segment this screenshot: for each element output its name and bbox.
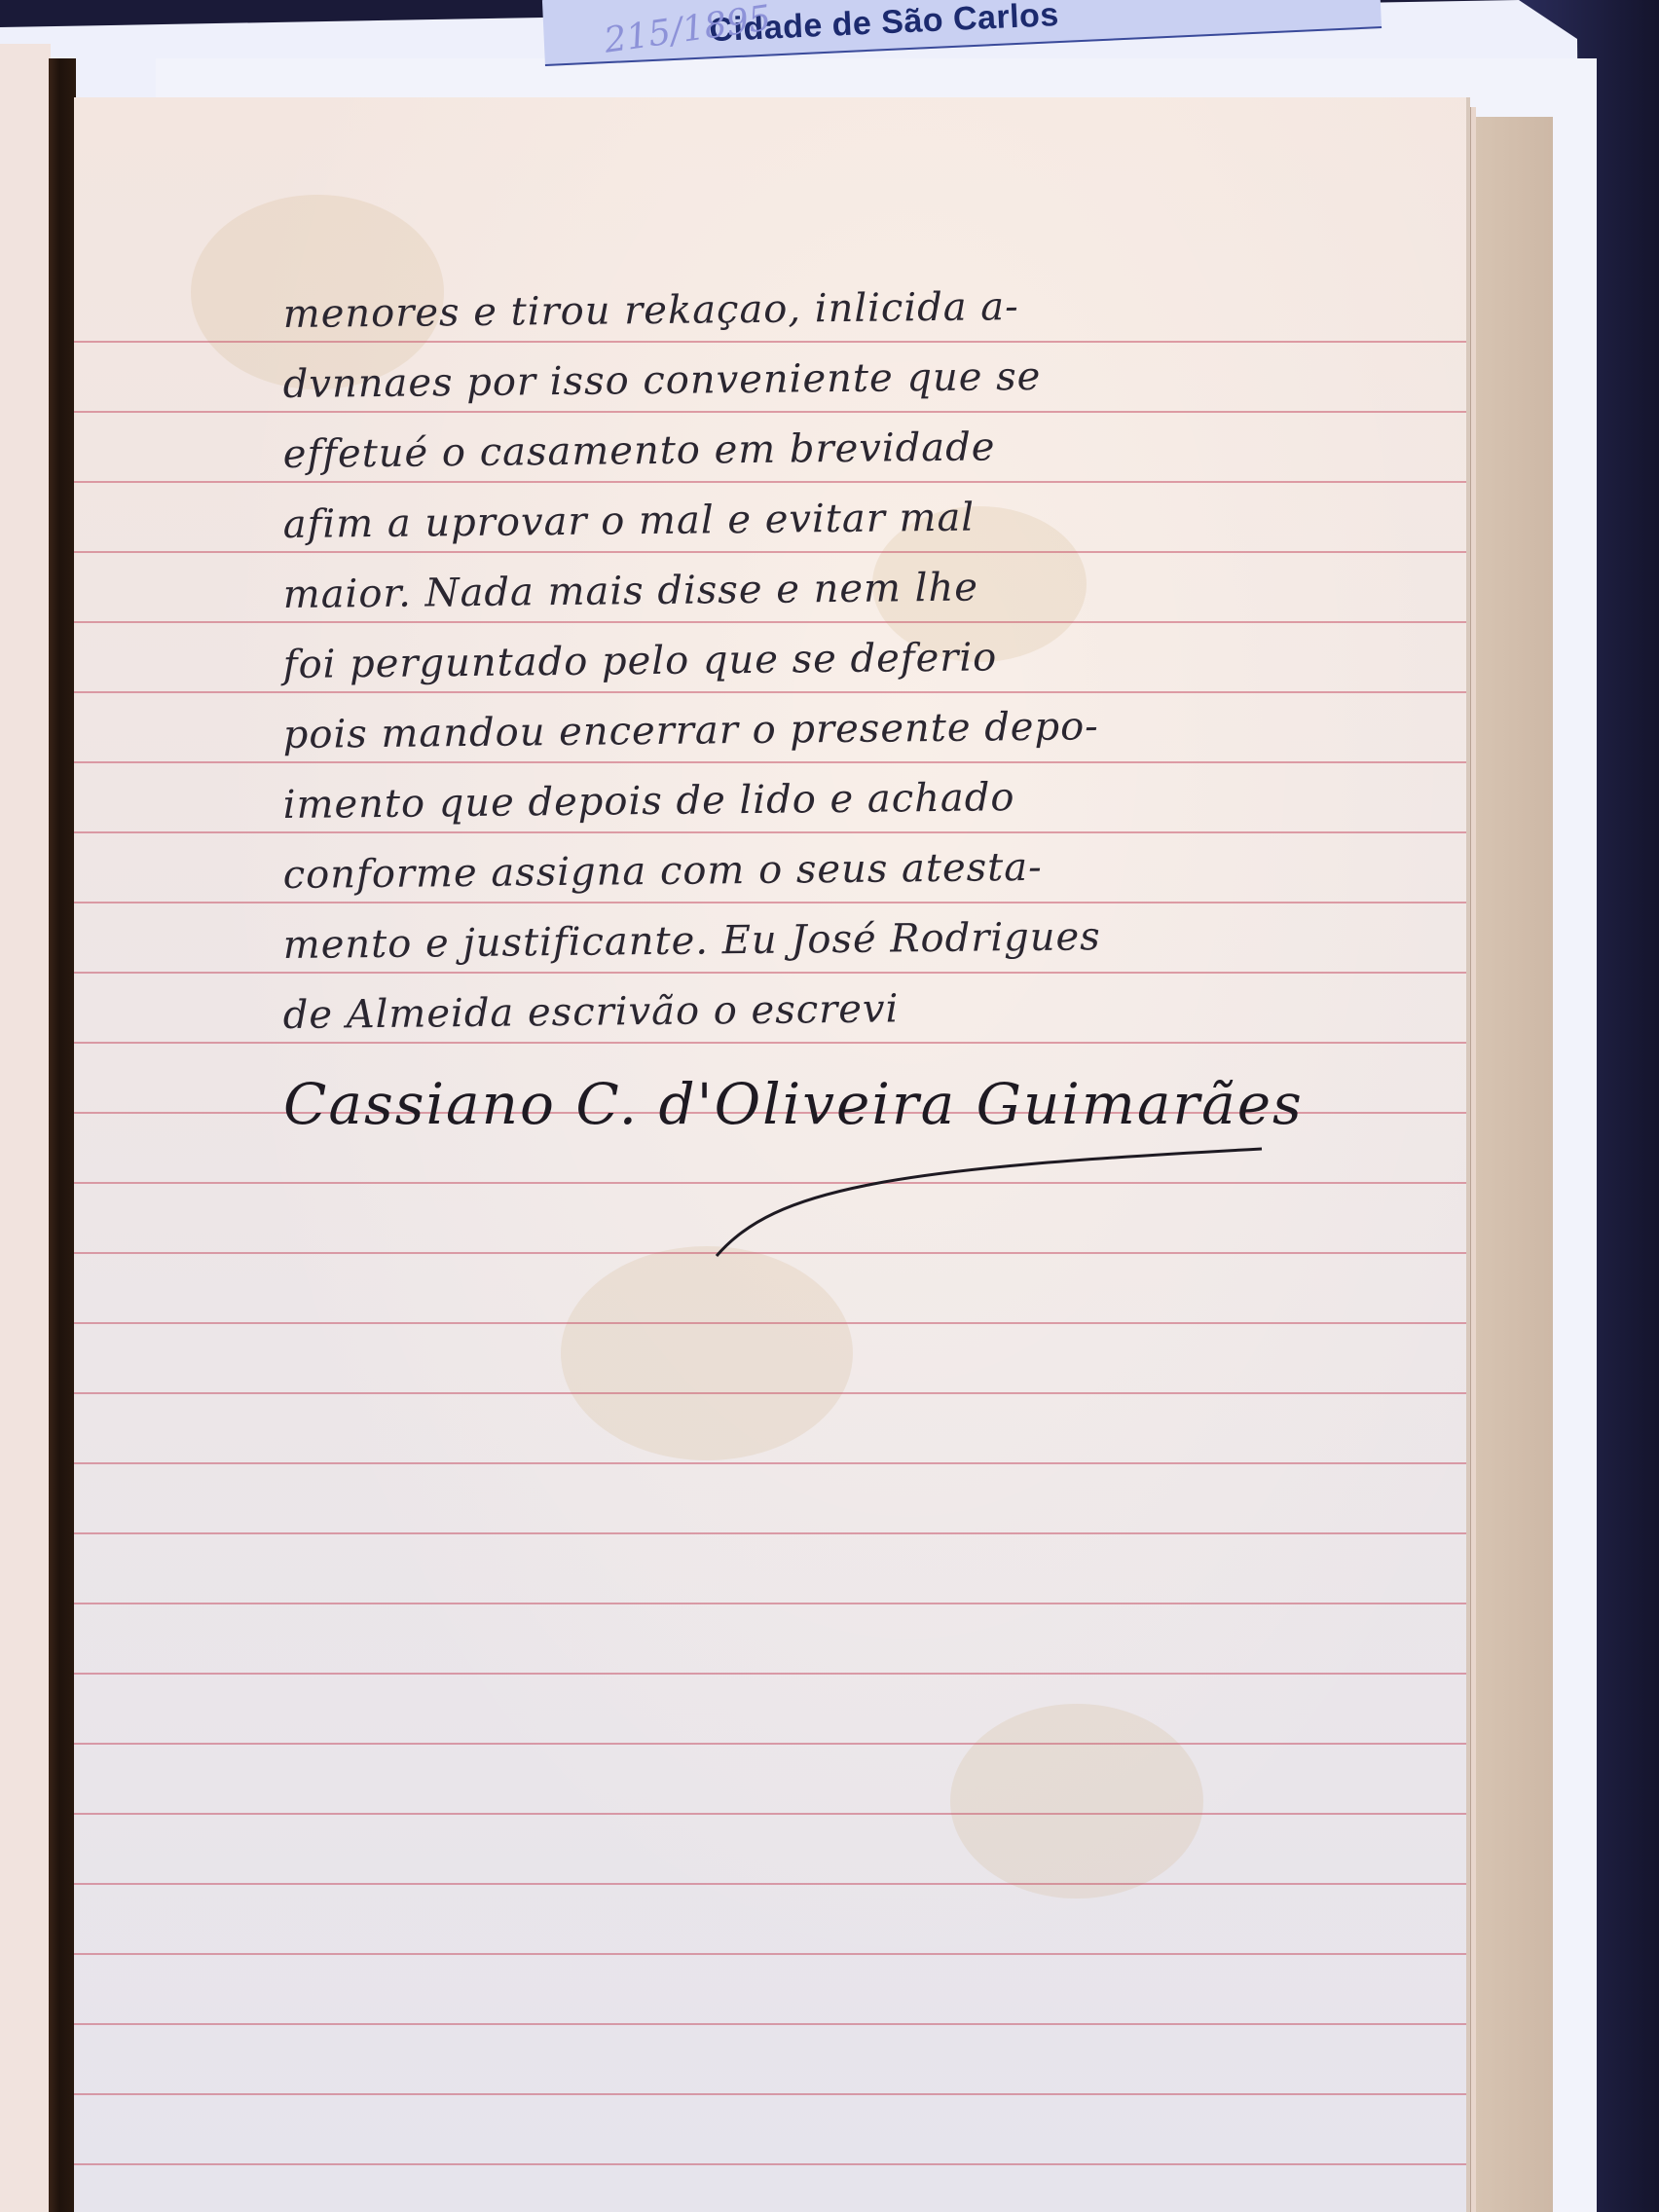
handwritten-line: dvnnaes por isso conveniente que se [283,354,1042,407]
ruled-line [74,831,1466,833]
ruled-line [74,972,1466,974]
ruled-line [74,691,1466,693]
ruled-line [74,551,1466,553]
signature: Cassiano C. d'Oliveira Guimarães [283,1071,1304,1137]
ruled-line [74,1322,1466,1324]
handwritten-line: effetué o casamento em brevidade [283,424,996,477]
ruled-line [74,1042,1466,1044]
ruled-line [74,2093,1466,2095]
handwritten-line: conforme assigna com o seus atesta- [283,845,1043,898]
manuscript-page: menores e tirou rekaçao, inlicida a- dvn… [74,97,1466,2212]
handwritten-line: afim a uprovar o mal e evitar mal [283,496,976,547]
handwritten-line: maior. Nada mais disse e nem lhe [283,566,979,617]
handwritten-line: imento que depois de lido e achado [283,775,1015,828]
ruled-line [74,1603,1466,1604]
ruled-line [74,902,1466,903]
handwritten-line: de Almeida escrivão o escrevi [283,986,900,1038]
handwritten-line: pois mandou encerrar o presente depo- [283,704,1099,757]
ruled-line [74,1462,1466,1464]
ruled-line [74,1813,1466,1815]
paper-stain [950,1704,1203,1899]
ruled-line [74,1673,1466,1675]
left-facing-page [0,44,51,2212]
ruled-line [74,1743,1466,1745]
signature-flourish [697,1129,1281,1266]
ruled-line [74,411,1466,413]
ruled-line [74,621,1466,623]
book-spine [49,58,76,2212]
paper-stain [561,1246,853,1460]
handwritten-line: foi perguntado pelo que se deferio [283,635,998,687]
ruled-line [74,481,1466,483]
ruled-line [74,2163,1466,2165]
ruled-line [74,2023,1466,2025]
ruled-line [74,341,1466,343]
ruled-line [74,1392,1466,1394]
ruled-line [74,1532,1466,1534]
handwritten-line: menores e tirou rekaçao, inlicida a- [283,284,1019,337]
ruled-line [74,1953,1466,1955]
ruled-line [74,1883,1466,1885]
ruled-line [74,761,1466,763]
handwritten-line: mento e justificante. Eu José Rodrigues [283,914,1101,968]
